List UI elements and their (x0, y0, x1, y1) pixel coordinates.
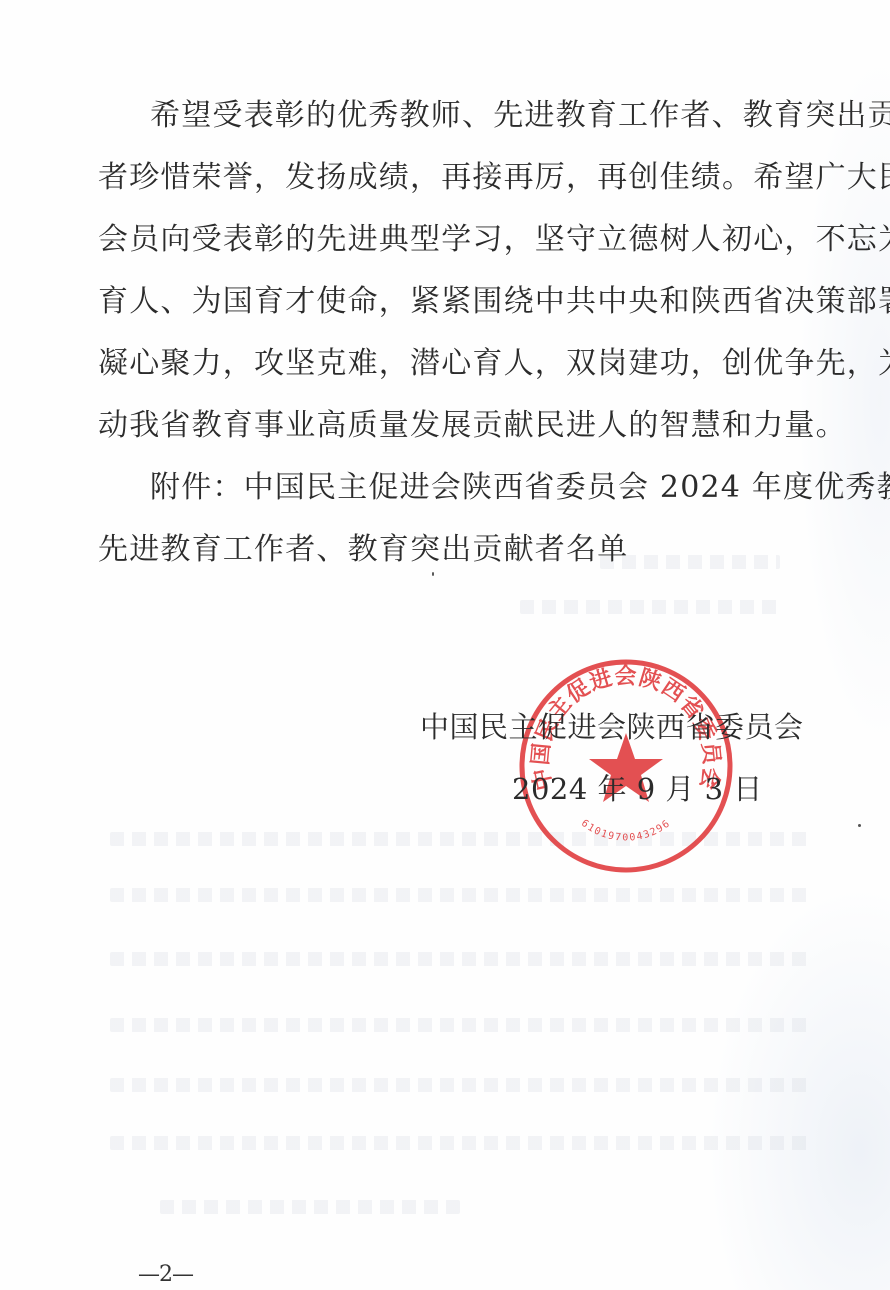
speck-mark (432, 572, 434, 576)
bleed-through-mark (110, 1136, 810, 1150)
attachment-line: 先进教育工作者、教育突出贡献者名单 (98, 532, 628, 568)
body-line: 会员向受表彰的先进典型学习，坚守立德树人初心，不忘为党 (98, 222, 890, 258)
speck-mark (858, 824, 861, 827)
body-line: 动我省教育事业高质量发展贡献民进人的智慧和力量。 (98, 408, 847, 444)
bleed-through-mark (520, 600, 780, 614)
bleed-through-mark (110, 1078, 810, 1092)
body-line: 凝心聚力，攻坚克难，潜心育人，双岗建功，创优争先，为推 (98, 346, 890, 382)
body-line: 者珍惜荣誉，发扬成绩，再接再厉，再创佳绩。希望广大民进 (98, 160, 890, 196)
official-seal-icon: 中国民主促进会陕西省委员会 6101970043296 (515, 655, 737, 877)
body-line: 希望受表彰的优秀教师、先进教育工作者、教育突出贡献 (150, 98, 890, 134)
bleed-through-mark (110, 952, 810, 966)
signature-date: 2024 年 9 月 3 日 (512, 772, 763, 806)
bleed-through-mark (110, 1018, 810, 1032)
signature-organization: 中国民主促进会陕西省委员会 (420, 710, 804, 744)
attachment-line: 附件：中国民主促进会陕西省委员会 2024 年度优秀教师、 (150, 470, 890, 506)
document-page: 希望受表彰的优秀教师、先进教育工作者、教育突出贡献 者珍惜荣誉，发扬成绩，再接再… (0, 0, 890, 1290)
bleed-through-mark (160, 1200, 460, 1214)
page-number: —2— (138, 1262, 193, 1288)
bleed-through-mark (110, 888, 810, 902)
body-line: 育人、为国育才使命，紧紧围绕中共中央和陕西省决策部署， (98, 284, 890, 320)
svg-text:6101970043296: 6101970043296 (579, 818, 673, 844)
